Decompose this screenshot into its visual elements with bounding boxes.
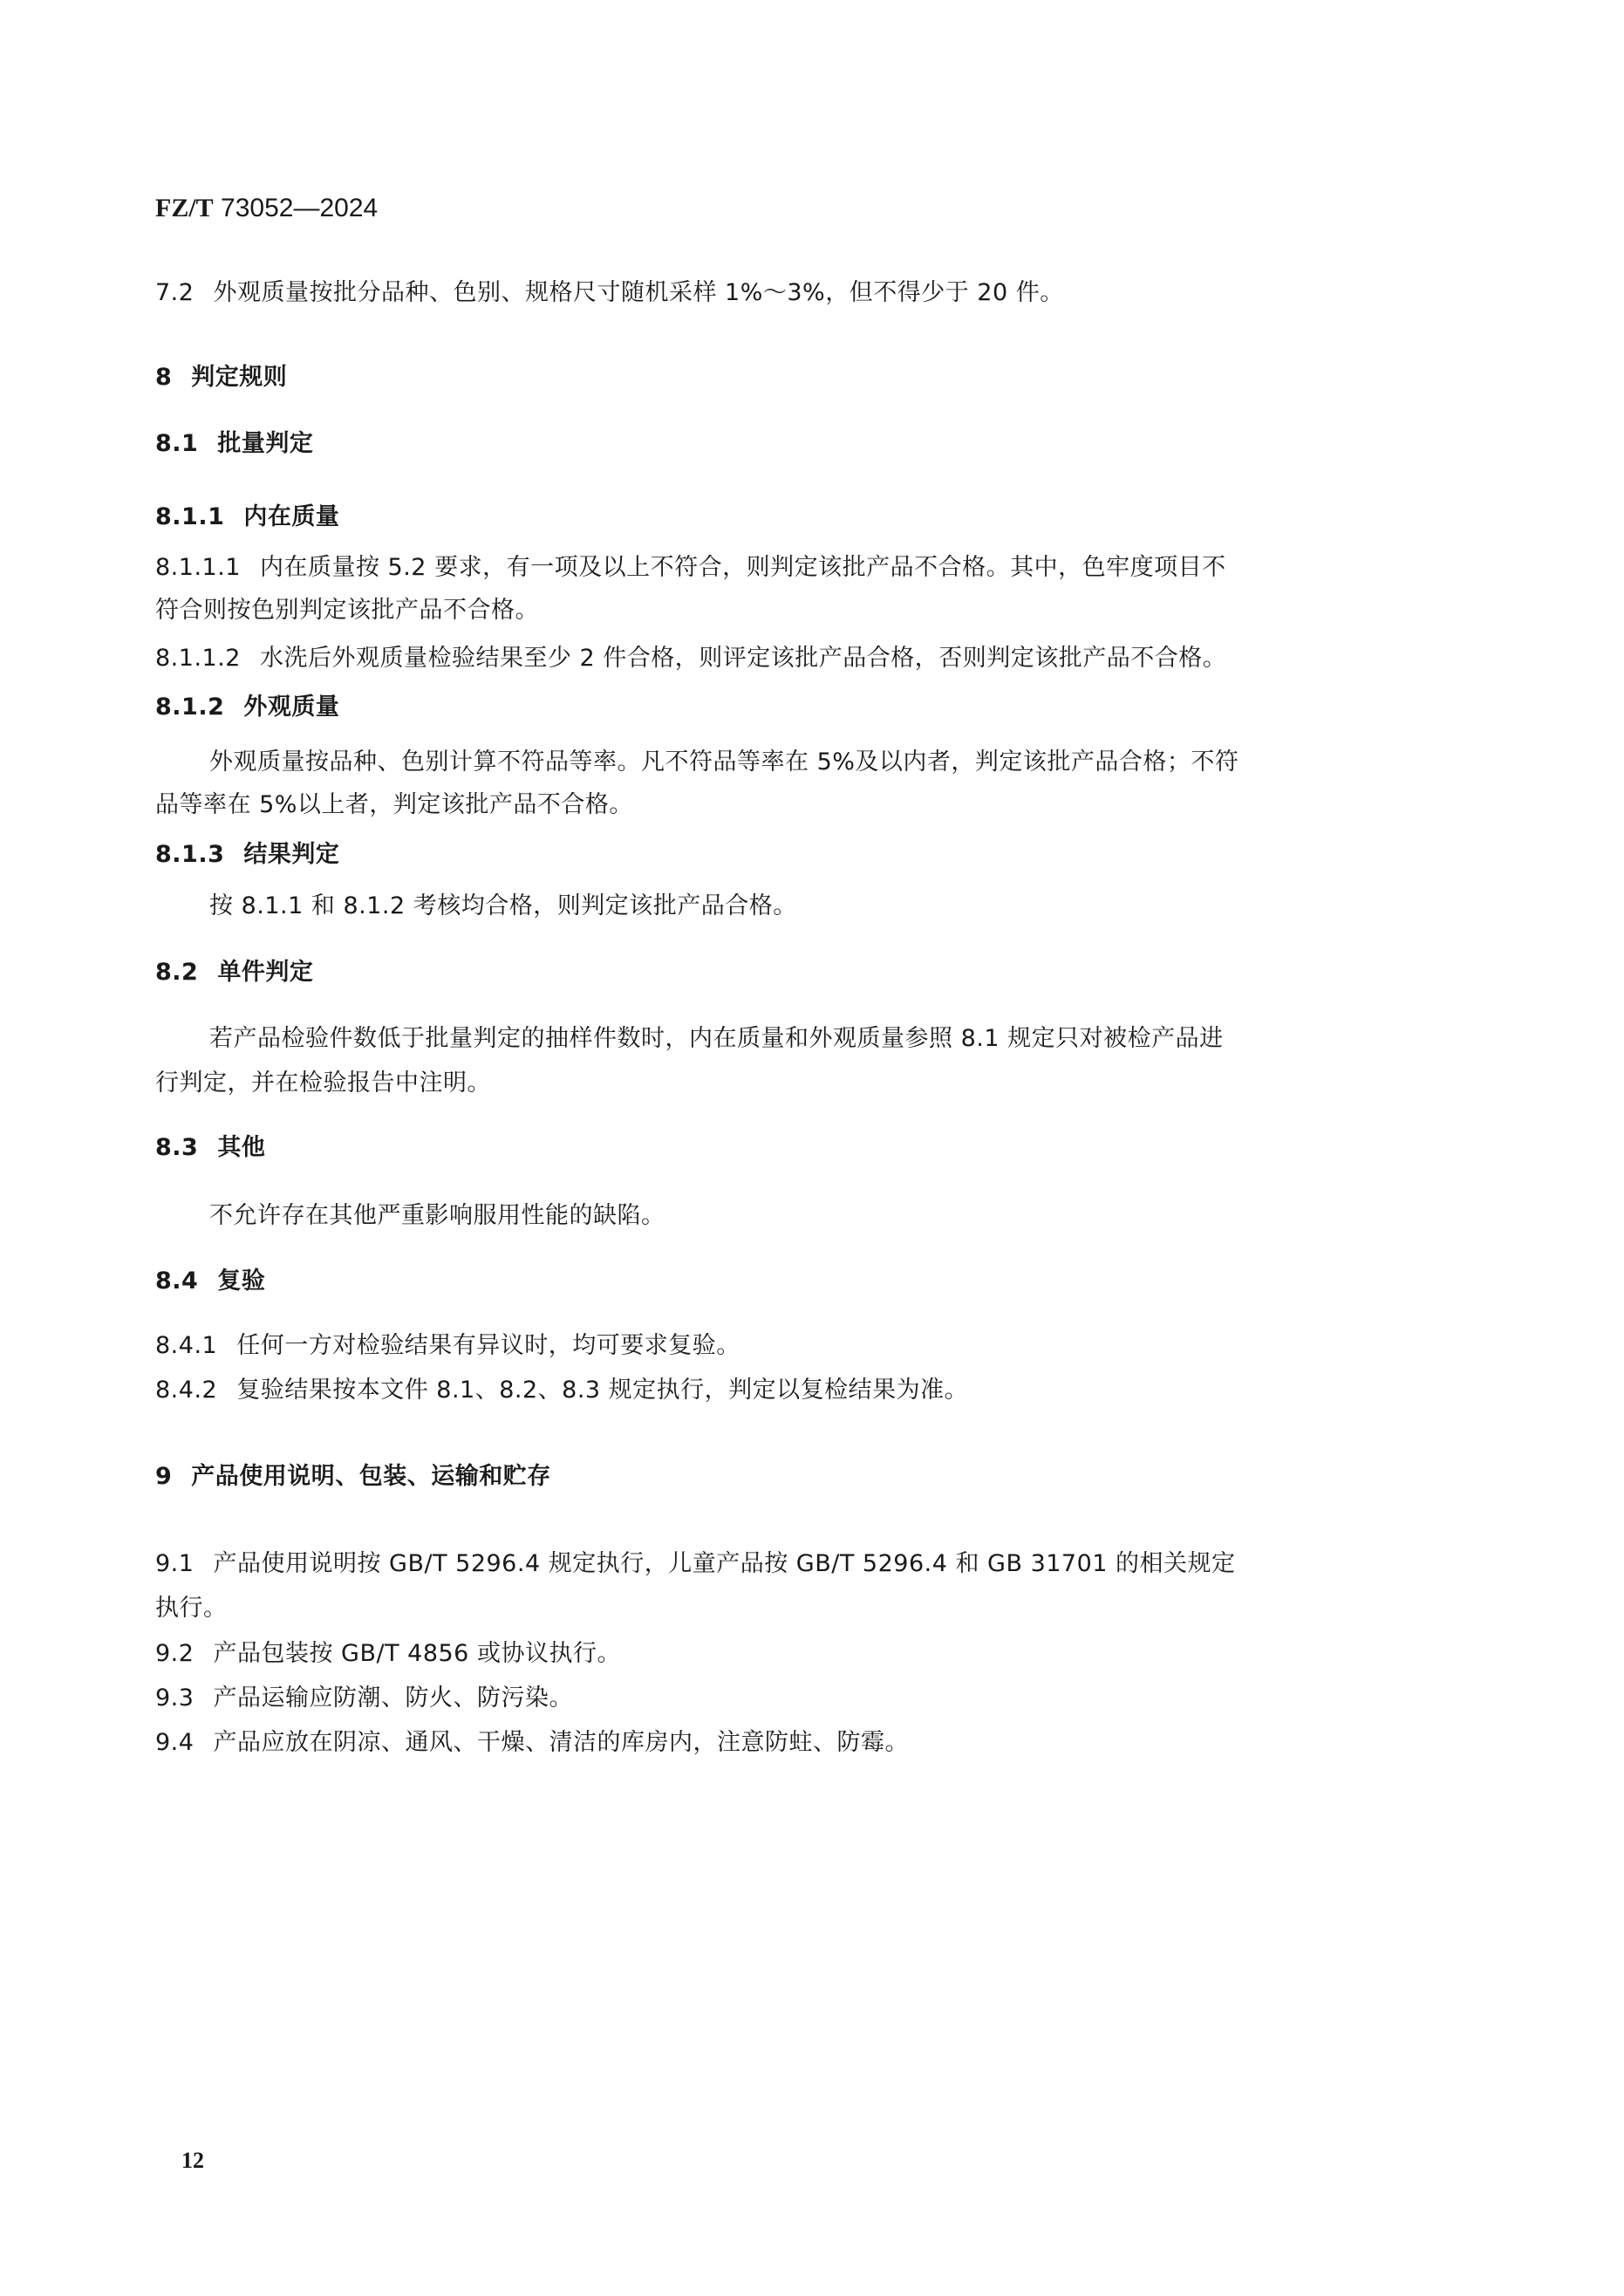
clause-8-4-1: 8.4.1任何一方对检验结果有异议时，均可要求复验。	[155, 1331, 740, 1361]
clause-text: 外观质量按批分品种、色别、规格尺寸随机采样 1%～3%，但不得少于 20 件。	[213, 279, 1063, 306]
heading-8-4: 8.4复验	[155, 1267, 265, 1296]
clause-9-2: 9.2产品包装按 GB/T 4856 或协议执行。	[155, 1639, 621, 1669]
paragraph-text: 品等率在 5%以上者，判定该批产品不合格。	[155, 791, 633, 818]
page-number: 12	[181, 2148, 204, 2174]
clause-text: 任何一方对检验结果有异议时，均可要求复验。	[236, 1332, 740, 1359]
clause-text: 水洗后外观质量检验结果至少 2 件合格，则评定该批产品合格，否则判定该批产品不合…	[260, 645, 1226, 672]
clause-text: 产品应放在阴凉、通风、干燥、清洁的库房内，注意防蛀、防霉。	[213, 1729, 909, 1756]
clause-number: 8.1.1.2	[155, 644, 241, 673]
clause-number: 8.1	[155, 429, 198, 459]
clause-number: 8.1.2	[155, 693, 224, 722]
paragraph-8-1-2-cont: 品等率在 5%以上者，判定该批产品不合格。	[155, 790, 633, 820]
paragraph-text: 外观质量按品种、色别计算不符品等率。凡不符品等率在 5%及以内者，判定该批产品合…	[209, 748, 1238, 776]
clause-7-2: 7.2外观质量按批分品种、色别、规格尺寸随机采样 1%～3%，但不得少于 20 …	[155, 278, 1064, 308]
heading-8-3: 8.3其他	[155, 1133, 265, 1163]
heading-8-1-1: 8.1.1内在质量	[155, 502, 339, 532]
clause-text: 内在质量按 5.2 要求，有一项及以上不符合，则判定该批产品不合格。其中，色牢度…	[260, 554, 1226, 581]
clause-9-4: 9.4产品应放在阴凉、通风、干燥、清洁的库房内，注意防蛀、防霉。	[155, 1728, 909, 1758]
clause-9-1: 9.1产品使用说明按 GB/T 5296.4 规定执行，儿童产品按 GB/T 5…	[155, 1549, 1236, 1579]
clause-number: 8.2	[155, 958, 198, 987]
paragraph-text: 不允许存在其他严重影响服用性能的缺陷。	[209, 1202, 665, 1229]
code-number: 73052—2024	[214, 194, 379, 222]
heading-8-1: 8.1批量判定	[155, 429, 313, 459]
section-title: 判定规则	[191, 364, 287, 391]
clause-number: 8.4.1	[155, 1331, 217, 1361]
code-prefix: FZ/T	[155, 194, 214, 222]
clause-text: 执行。	[155, 1595, 228, 1622]
clause-number: 9	[155, 1462, 172, 1492]
clause-number: 8.3	[155, 1133, 198, 1163]
paragraph-text: 行判定，并在检验报告中注明。	[155, 1069, 491, 1097]
clause-9-1-cont: 执行。	[155, 1594, 228, 1623]
clause-number: 8.4	[155, 1267, 198, 1296]
clause-8-1-1-2: 8.1.1.2水洗后外观质量检验结果至少 2 件合格，则评定该批产品合格，否则判…	[155, 644, 1226, 673]
clause-number: 8.1.1.1	[155, 553, 241, 583]
heading-8-1-3: 8.1.3结果判定	[155, 840, 339, 870]
clause-text: 产品使用说明按 GB/T 5296.4 规定执行，儿童产品按 GB/T 5296…	[213, 1550, 1235, 1577]
paragraph-8-2-cont: 行判定，并在检验报告中注明。	[155, 1069, 491, 1098]
document-code-header: FZ/T 73052—2024	[155, 194, 378, 223]
clause-number: 8.1.3	[155, 840, 224, 870]
clause-9-3: 9.3产品运输应防潮、防火、防污染。	[155, 1684, 573, 1713]
clause-number: 9.2	[155, 1639, 194, 1669]
section-title: 产品使用说明、包装、运输和贮存	[191, 1463, 551, 1490]
clause-8-1-1-1: 8.1.1.1内在质量按 5.2 要求，有一项及以上不符合，则判定该批产品不合格…	[155, 553, 1226, 583]
section-title: 复验	[217, 1268, 265, 1295]
paragraph-8-1-3: 按 8.1.1 和 8.1.2 考核均合格，则判定该批产品合格。	[209, 892, 797, 921]
paragraph-8-3: 不允许存在其他严重影响服用性能的缺陷。	[209, 1201, 665, 1231]
section-title: 内在质量	[243, 503, 339, 530]
clause-text: 复验结果按本文件 8.1、8.2、8.3 规定执行，判定以复检结果为准。	[236, 1377, 968, 1404]
section-title: 批量判定	[217, 430, 313, 457]
paragraph-text: 若产品检验件数低于批量判定的抽样件数时，内在质量和外观质量参照 8.1 规定只对…	[209, 1025, 1224, 1052]
paragraph-8-1-2: 外观质量按品种、色别计算不符品等率。凡不符品等率在 5%及以内者，判定该批产品合…	[209, 748, 1238, 777]
clause-8-1-1-1-cont: 符合则按色别判定该批产品不合格。	[155, 596, 539, 625]
clause-text: 符合则按色别判定该批产品不合格。	[155, 597, 539, 624]
clause-8-4-2: 8.4.2复验结果按本文件 8.1、8.2、8.3 规定执行，判定以复检结果为准…	[155, 1376, 968, 1405]
clause-number: 9.1	[155, 1549, 194, 1579]
section-title: 单件判定	[217, 959, 313, 986]
heading-8-1-2: 8.1.2外观质量	[155, 693, 339, 722]
clause-number: 7.2	[155, 278, 194, 308]
paragraph-text: 按 8.1.1 和 8.1.2 考核均合格，则判定该批产品合格。	[209, 892, 797, 919]
heading-8-2: 8.2单件判定	[155, 958, 313, 987]
section-title: 其他	[217, 1134, 265, 1161]
clause-number: 8.4.2	[155, 1376, 217, 1405]
section-title: 外观质量	[243, 694, 339, 721]
clause-number: 9.3	[155, 1684, 194, 1713]
clause-text: 产品包装按 GB/T 4856 或协议执行。	[213, 1640, 621, 1667]
clause-text: 产品运输应防潮、防火、防污染。	[213, 1684, 573, 1712]
clause-number: 9.4	[155, 1728, 194, 1758]
section-heading-8: 8判定规则	[155, 363, 287, 393]
section-heading-9: 9产品使用说明、包装、运输和贮存	[155, 1462, 551, 1492]
section-title: 结果判定	[243, 841, 339, 868]
clause-number: 8.1.1	[155, 502, 224, 532]
paragraph-8-2: 若产品检验件数低于批量判定的抽样件数时，内在质量和外观质量参照 8.1 规定只对…	[209, 1024, 1224, 1054]
clause-number: 8	[155, 363, 172, 393]
